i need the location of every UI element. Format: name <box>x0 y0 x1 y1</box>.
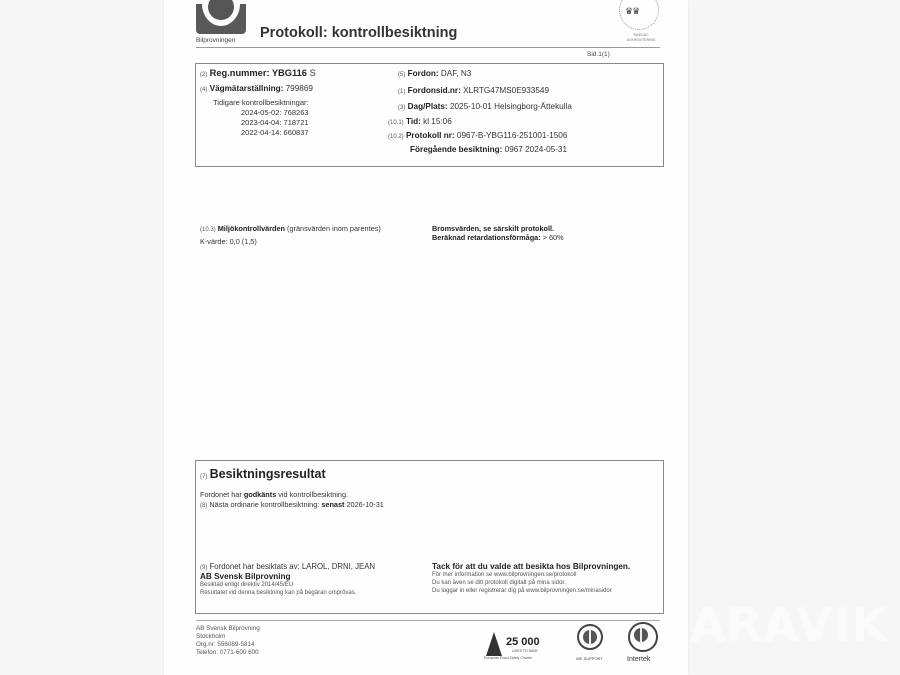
info-login-text[interactable]: Du loggar in eller registrerar dig på ww… <box>432 588 612 594</box>
environment-heading: (10.3) Miljökontrollvärden (gränsvärden … <box>200 224 381 233</box>
field-number: (1) <box>398 89 405 95</box>
foregaende-label: Föregående besiktning: <box>410 145 502 154</box>
field-number: (5) <box>398 72 405 78</box>
road-safety-number: 25 000 <box>506 636 540 648</box>
watermark: ARAVIK <box>690 598 888 652</box>
footer-company: AB Svensk Bilprovning <box>196 625 260 632</box>
reg-suffix: S <box>307 68 316 78</box>
inspectors-value: Fordonet har besiktats av: LAROL, DRNI, … <box>207 562 375 571</box>
tid-value: kl 15:06 <box>421 117 452 126</box>
retardation-row: Beräknad retardationsförmåga: > 60% <box>432 233 564 242</box>
footer-phone: Telefon: 0771-600 600 <box>196 649 259 656</box>
protokoll-row: (10.2) Protokoll nr: 0967-B-YBG116-25100… <box>388 131 567 140</box>
dag-plats-value: 2025-10-01 Helsingborg-Ättekulla <box>448 102 572 111</box>
global-compact-badge: WE SUPPORT <box>574 624 608 664</box>
environment-note: (gränsvärden inom parentes) <box>285 224 381 233</box>
field-number: (10.3) <box>200 227 216 233</box>
odometer-value: 799869 <box>283 84 313 93</box>
foregaende-row: Föregående besiktning: 0967 2024-05-31 <box>410 145 567 154</box>
company-name: AB Svensk Bilprovning <box>200 572 291 581</box>
dag-plats-label: Dag/Plats: <box>408 102 448 111</box>
next-inspection-line: (8) Nästa ordinarie kontrollbesiktning: … <box>200 500 384 509</box>
foregaende-value: 0967 2024-05-31 <box>502 145 567 154</box>
environment-label: Miljökontrollvärden <box>218 224 285 233</box>
logo-text: Bilprovningen <box>196 37 235 44</box>
intertek-caption: Intertek <box>627 656 650 663</box>
inspectors-line: (9) Fordonet har besiktats av: LAROL, DR… <box>200 562 375 571</box>
fordonsid-label: Fordonsid.nr: <box>408 86 461 95</box>
previous-inspections-label: Tidigare kontrollbesiktningar: <box>213 98 309 107</box>
tid-row: (10.1) Tid: kl 15:06 <box>388 117 452 126</box>
protokoll-label: Protokoll nr: <box>406 131 455 140</box>
fordon-row: (5) Fordon: DAF, N3 <box>398 69 471 78</box>
road-safety-caption: European Road Safety Charter <box>484 656 532 660</box>
brakes-line: Bromsvärden, se särskilt protokoll. <box>432 224 554 233</box>
previous-inspection-item: 2023-04-04: 718721 <box>241 118 309 127</box>
footer-city: Stockholm <box>196 633 225 640</box>
intertek-globe-icon <box>628 622 658 652</box>
page-indicator: Sid.1(1) <box>587 51 610 58</box>
intertek-badge: Intertek <box>626 622 662 666</box>
field-number: (10.2) <box>388 134 404 140</box>
reg-value: YBG116 <box>272 68 307 78</box>
fordon-value: DAF, N3 <box>439 69 472 78</box>
thanks-text: Tack för att du valde att besikta hos Bi… <box>432 562 630 571</box>
road-safety-sub: LIVES TO SAVE <box>512 649 538 653</box>
approval-line: Fordonet har godkänts vid kontrollbesikt… <box>200 490 348 499</box>
tid-label: Tid: <box>406 117 421 126</box>
fordonsid-value: XLRTG47MS0E933549 <box>461 86 549 95</box>
next-inspection-date: 2026-10-31 <box>344 500 383 509</box>
approval-pre: Fordonet har <box>200 490 244 499</box>
header-divider <box>196 47 660 48</box>
info-link-text[interactable]: För mer information se www.bilprovningen… <box>432 572 576 578</box>
page-title: Protokoll: kontrollbesiktning <box>260 25 457 41</box>
approval-post: vid kontrollbesiktning. <box>276 490 348 499</box>
info-digital-text: Du kan även se ditt protokoll digitalt p… <box>432 580 566 586</box>
retardation-value: > 60% <box>541 233 564 242</box>
result-title: Besiktningsresultat <box>210 467 326 481</box>
retardation-label: Beräknad retardationsförmåga: <box>432 233 541 242</box>
appeal-text: Resultatet vid denna besiktning kan på b… <box>200 590 356 596</box>
global-compact-caption: WE SUPPORT <box>576 656 603 661</box>
reg-label: Reg.nummer: <box>210 68 270 78</box>
seal-text: SWEDAC ACKREDITERING <box>619 33 663 42</box>
field-number: (3) <box>398 105 405 111</box>
three-crowns-icon: ♛♛ <box>625 6 639 17</box>
road-icon <box>486 632 502 656</box>
field-number: (2) <box>200 72 207 78</box>
field-number: (4) <box>200 87 207 93</box>
bilprovningen-logo: Bilprovningen <box>196 0 246 46</box>
fordonsid-row: (1) Fordonsid.nr: XLRTG47MS0E933549 <box>398 86 549 95</box>
globe-icon <box>577 624 603 650</box>
next-inspection-pre: Nästa ordinarie kontrollbesiktning: <box>207 500 321 509</box>
field-number: (10.1) <box>388 120 404 126</box>
directive-text: Besiktad enligt direktiv 2014/45/EU <box>200 582 293 588</box>
odometer-label: Vägmätarställning: <box>210 84 284 93</box>
footer-divider <box>196 620 660 621</box>
road-safety-badge: 25 000 LIVES TO SAVE European Road Safet… <box>484 628 554 664</box>
previous-inspection-item: 2024-05-02: 768263 <box>241 108 309 117</box>
approval-status: godkänts <box>244 490 276 499</box>
fordon-label: Fordon: <box>408 69 439 78</box>
odometer-row: (4) Vägmätarställning: 799869 <box>200 84 313 93</box>
footer-orgnr: Org.nr: 556089-5814 <box>196 641 254 648</box>
k-value: K-värde: 0,0 (1,5) <box>200 237 257 246</box>
next-inspection-bold: senast <box>321 500 344 509</box>
dag-plats-row: (3) Dag/Plats: 2025-10-01 Helsingborg-Ät… <box>398 102 572 111</box>
previous-inspection-item: 2022-04-14: 660837 <box>241 128 309 137</box>
protokoll-value: 0967-B-YBG116-251001-1506 <box>455 131 568 140</box>
reg-number-row: (2) Reg.nummer: YBG116 S <box>200 68 316 78</box>
swedac-seal-icon: ♛♛ SWEDAC ACKREDITERING <box>617 0 661 50</box>
field-number: (7) <box>200 474 207 480</box>
result-heading: (7) Besiktningsresultat <box>200 467 326 481</box>
